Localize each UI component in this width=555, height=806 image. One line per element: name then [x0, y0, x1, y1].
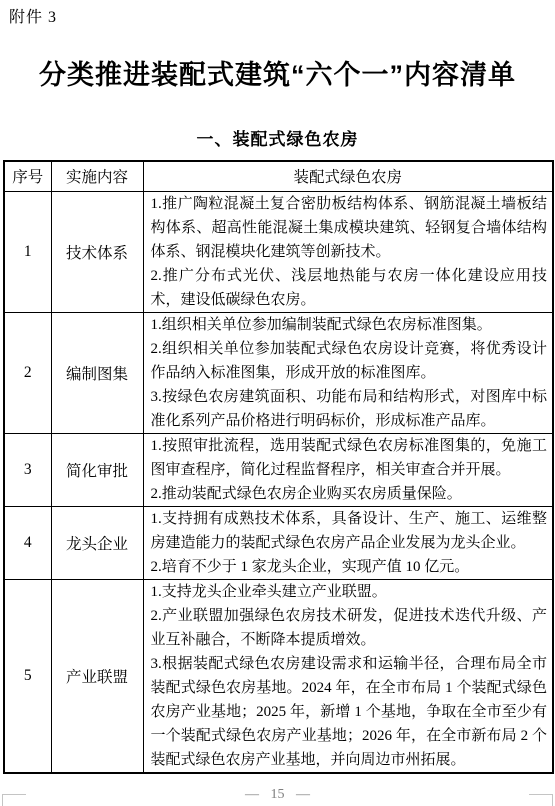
header-green-rural-housing: 装配式绿色农房	[143, 161, 553, 191]
document-page: 附件 3 分类推进装配式建筑“六个一”内容清单 一、装配式绿色农房 序号 实施内…	[0, 0, 555, 806]
document-title: 分类推进装配式建筑“六个一”内容清单	[0, 53, 555, 92]
row-content: 1.按照审批流程，选用装配式绿色农房标准图集的，免施工图审查程序，简化过程监督程…	[143, 433, 553, 506]
row-content: 1.支持龙头企业牵头建立产业联盟。 2.产业联盟加强绿色农房技术研发，促进技术迭…	[143, 579, 553, 773]
row-seq-number: 5	[4, 579, 51, 773]
table-row: 2 编制图集 1.组织相关单位参加编制装配式绿色农房标准图集。 2.组织相关单位…	[4, 312, 553, 433]
row-content: 1.支持拥有成熟技术体系，具备设计、生产、施工、运维整房建造能力的装配式绿色农房…	[143, 506, 553, 579]
section-title: 一、装配式绿色农房	[0, 125, 555, 150]
row-seq-number: 3	[4, 433, 51, 506]
table-header-row: 序号 实施内容 装配式绿色农房	[4, 161, 553, 191]
margin-corner-mark-right	[529, 794, 553, 806]
header-implementation-content: 实施内容	[51, 161, 143, 191]
table-row: 3 简化审批 1.按照审批流程，选用装配式绿色农房标准图集的，免施工图审查程序，…	[4, 433, 553, 506]
row-seq-number: 4	[4, 506, 51, 579]
table-row: 4 龙头企业 1.支持拥有成熟技术体系，具备设计、生产、施工、运维整房建造能力的…	[4, 506, 553, 579]
row-content: 1.组织相关单位参加编制装配式绿色农房标准图集。 2.组织相关单位参加装配式绿色…	[143, 312, 553, 433]
row-category: 技术体系	[51, 191, 143, 312]
table-row: 5 产业联盟 1.支持龙头企业牵头建立产业联盟。 2.产业联盟加强绿色农房技术研…	[4, 579, 553, 773]
row-seq-number: 1	[4, 191, 51, 312]
margin-corner-mark-left	[2, 794, 26, 806]
row-category: 龙头企业	[51, 506, 143, 579]
row-category: 编制图集	[51, 312, 143, 433]
page-number: — 15 —	[0, 787, 555, 803]
row-seq-number: 2	[4, 312, 51, 433]
attachment-label: 附件 3	[9, 4, 57, 27]
header-seq-number: 序号	[4, 161, 51, 191]
row-category: 简化审批	[51, 433, 143, 506]
row-content: 1.推广陶粒混凝土复合密肋板结构体系、钢筋混凝土墙板结构体系、超高性能混凝土集成…	[143, 191, 553, 312]
table-row: 1 技术体系 1.推广陶粒混凝土复合密肋板结构体系、钢筋混凝土墙板结构体系、超高…	[4, 191, 553, 312]
row-category: 产业联盟	[51, 579, 143, 773]
content-table: 序号 实施内容 装配式绿色农房 1 技术体系 1.推广陶粒混凝土复合密肋板结构体…	[3, 160, 554, 774]
